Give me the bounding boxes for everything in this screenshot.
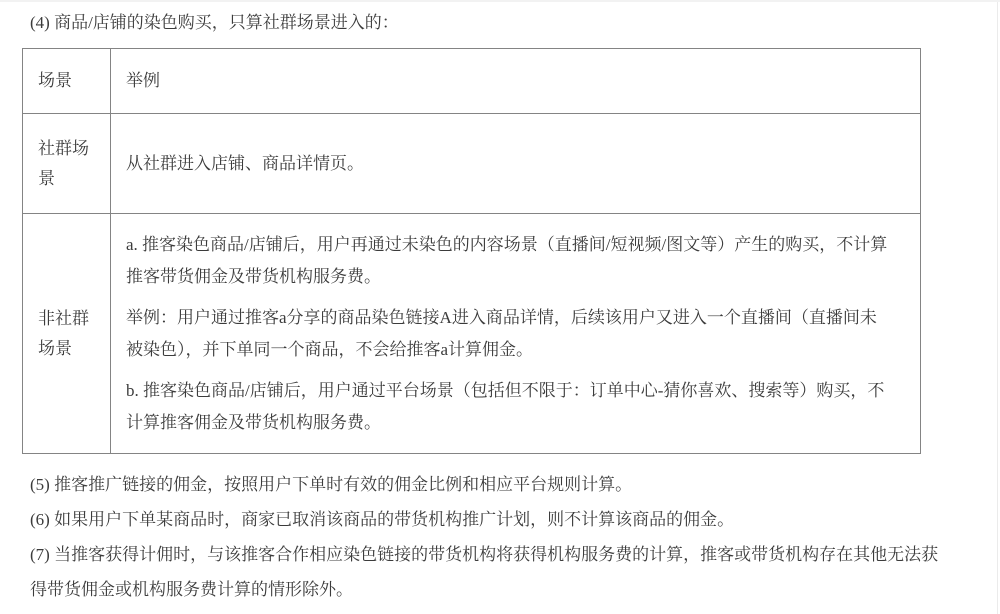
scene-cell-non-community: 非社群场景: [23, 214, 111, 454]
document-page: (4) 商品/店铺的染色购买，只算社群场景进入的： 场景 举例 社群场景 从社群…: [0, 0, 1000, 614]
scene-cell-community: 社群场景: [23, 114, 111, 214]
table-header-example: 举例: [111, 49, 921, 114]
clause-4-heading: (4) 商品/店铺的染色购买，只算社群场景进入的：: [30, 11, 1000, 35]
example-paragraph: 从社群进入店铺、商品详情页。: [126, 148, 890, 180]
example-paragraph-a: a. 推客染色商品/店铺后，用户再通过未染色的内容场景（直播间/短视频/图文等）…: [126, 229, 890, 293]
clause-list: (5) 推客推广链接的佣金，按照用户下单时有效的佣金比例和相应平台规则计算。 (…: [30, 467, 942, 607]
example-paragraph-case: 举例：用户通过推客a分享的商品染色链接A进入商品详情，后续该用户又进入一个直播间…: [126, 302, 890, 366]
example-paragraph-b: b. 推客染色商品/店铺后，用户通过平台场景（包括但不限于：订单中心-猜你喜欢、…: [126, 375, 890, 439]
example-cell-community: 从社群进入店铺、商品详情页。: [111, 114, 921, 214]
clause-6-paragraph: (6) 如果用户下单某商品时，商家已取消该商品的带货机构推广计划，则不计算该商品…: [30, 502, 942, 537]
table-header-row: 场景 举例: [23, 49, 921, 114]
scene-example-table: 场景 举例 社群场景 从社群进入店铺、商品详情页。 非社群场景 a. 推客染色商…: [22, 48, 921, 454]
example-cell-non-community: a. 推客染色商品/店铺后，用户再通过未染色的内容场景（直播间/短视频/图文等）…: [111, 214, 921, 454]
clause-5-paragraph: (5) 推客推广链接的佣金，按照用户下单时有效的佣金比例和相应平台规则计算。: [30, 467, 942, 502]
page-edge-divider: [997, 2, 998, 614]
table-row-community-scene: 社群场景 从社群进入店铺、商品详情页。: [23, 114, 921, 214]
clause-7-paragraph: (7) 当推客获得计佣时，与该推客合作相应染色链接的带货机构将获得机构服务费的计…: [30, 537, 942, 607]
table-header-scene: 场景: [23, 49, 111, 114]
table-row-non-community-scene: 非社群场景 a. 推客染色商品/店铺后，用户再通过未染色的内容场景（直播间/短视…: [23, 214, 921, 454]
